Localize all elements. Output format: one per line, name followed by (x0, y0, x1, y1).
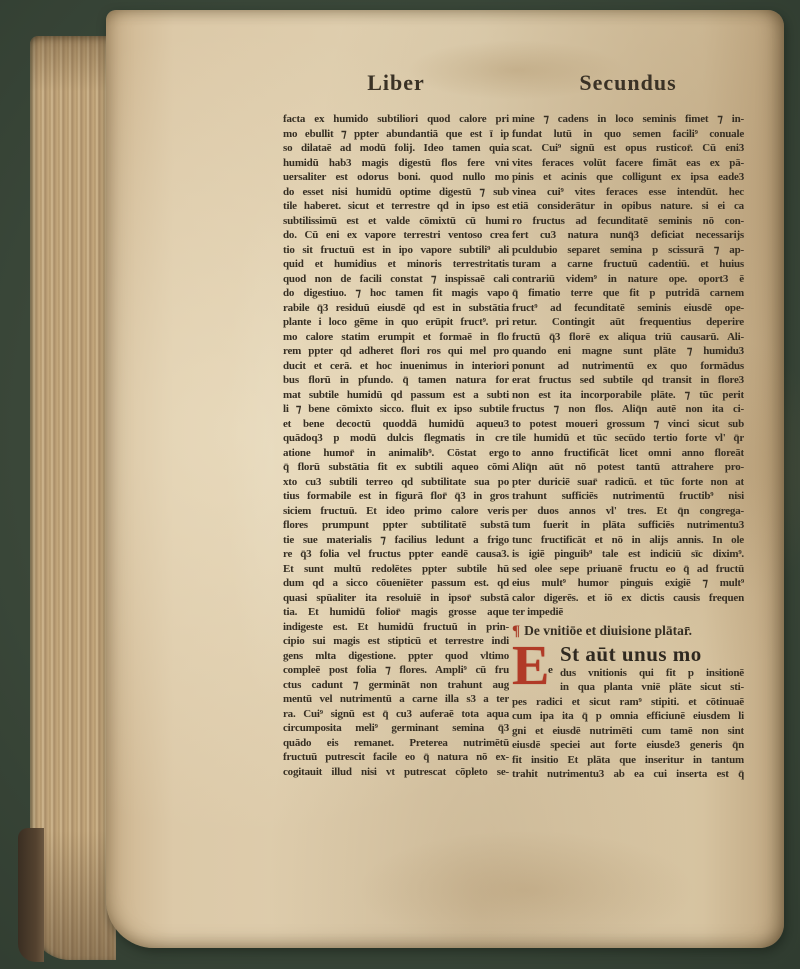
text-line: eiusdē speciei aut forte eiusde3 generis… (512, 738, 744, 753)
text-line: atione humor̄ in animalib⁹. Cōstat ergo (283, 446, 509, 461)
text-line: mentū vel nutrimentū a carne illa s3 a t… (283, 692, 509, 707)
text-line: subtilissimū est et valde cōmixtū cū hum… (283, 214, 509, 229)
initial-guide-letter: e (548, 664, 553, 676)
text-line: trahunt sufficiēs nutrimentū fructib⁹ ni… (512, 489, 744, 504)
text-line: rabile q̄3 residuū eiusdē qd est in subs… (283, 301, 509, 316)
text-line: tunc fructificāt et nō in alijs annis. I… (512, 533, 744, 548)
book-cover-edge (18, 828, 44, 962)
running-header-secundus: Secundus (512, 70, 744, 96)
text-line: fructū q̄3 florē ex aliqua triū causarū.… (512, 330, 744, 345)
text-line: trahit nutrimentu3 ab ea cui inserta est… (512, 767, 744, 782)
text-line: do. Cū eni ex vapore terrestri ventoso c… (283, 228, 509, 243)
text-line: quādo eis remanet. Preterea nutrimētū (283, 736, 509, 751)
rubric-text: De vnitiōe et diuisione plātar̄. (524, 623, 692, 638)
text-line: facta ex humido subtiliori quod calore p… (283, 112, 509, 127)
text-line: sed olee sepe priuanē fructu eo q̄ ad fr… (512, 562, 744, 577)
text-line: siciem fructuū. Et ideo primo calore ver… (283, 504, 509, 519)
text-line: dus vnitionis qui fit p insitionē (560, 666, 744, 681)
text-line: tum fuerit in plāta sufficiēs nutrimentu… (512, 518, 744, 533)
text-line: dum qd a sicco cōueniēter passum est. qd (283, 576, 509, 591)
text-line: ra. Cui⁹ signū est q̄ cu3 auferaē tota a… (283, 707, 509, 722)
text-line: fructus ⁊ non flos. Aliq̄n autē non ita … (512, 402, 744, 417)
text-line: mo ebullit ⁊ ppter abundantiā que est ī … (283, 127, 509, 142)
text-line: cogitauit illud nisi vt putrescat cōplet… (283, 765, 509, 780)
text-line: quādoq3 p modū dulcis flegmatis in cre (283, 431, 509, 446)
text-line: fundat lutū in quo semen facili⁹ conuale (512, 127, 744, 142)
text-line: mat subtile humidū qd passum est a subti (283, 388, 509, 403)
text-line: in qua planta vniē plāte sicut sti- (560, 680, 744, 695)
paper-stain (356, 830, 696, 950)
text-line: pinis et acinis que colligunt ex ipsa ea… (512, 170, 744, 185)
book-page-edges (30, 36, 116, 960)
text-line: tius formabile est in figurā flor̄ q̄3 i… (283, 489, 509, 504)
text-line: xto cu3 subtili terreo qd subtilitate su… (283, 475, 509, 490)
text-line: tie sue materialis ⁊ facilius ledunt a f… (283, 533, 509, 548)
text-line: pculdubio separet semina p scissurā ⁊ ap… (512, 243, 744, 258)
text-line: quod non de facili constat ⁊ inspissaē c… (283, 272, 509, 287)
text-line: uersaliter est odorus boni. quod nullo m… (283, 170, 509, 185)
text-line: plante i loco gēme in quo erūpit fruct⁹.… (283, 315, 509, 330)
text-line: gni et eiusdē nutrimēti cum tamē non sin… (512, 724, 744, 739)
text-line: fit insitio Et plāta que inseritur in ta… (512, 753, 744, 768)
text-line: indigeste est. Et humidū fructuū in prin… (283, 620, 509, 635)
text-line: flores prumpunt ppter subtilitatē substā (283, 518, 509, 533)
text-line: do esset nisi humidū optime digestū ⁊ su… (283, 185, 509, 200)
text-line: per duos annos vl' tres. Et q̄n congrega… (512, 504, 744, 519)
text-line: so dilataē ad modū folij. Ideo tamen qui… (283, 141, 509, 156)
text-line: fert cu3 natura nunq̄3 deficiat necessar… (512, 228, 744, 243)
lombard-initial-letter: E (512, 638, 549, 694)
chapter-start: E e St aūt unus mo dus vnitionis qui fit… (512, 642, 744, 782)
text-line: tile haberet. sicut et terrestre qd in i… (283, 199, 509, 214)
text-line: scat. Cui⁹ signū est opus rusticor̄. Cū … (512, 141, 744, 156)
text-line: humidū hab3 magis digestū flos fere vni (283, 156, 509, 171)
text-line: cipio sui magis est stipticū et terrestr… (283, 634, 509, 649)
text-line: do digestiuo. ⁊ hoc tamen fit magis vapo (283, 286, 509, 301)
text-column-right: mine ⁊ cadens in loco seminis fimet ⁊ in… (512, 112, 744, 782)
text-line: ter impediē (512, 605, 744, 620)
text-line: vinea cui⁹ vites feraces esse intendūt. … (512, 185, 744, 200)
text-line: gens mlta digestione. ppter quod vltimo (283, 649, 509, 664)
text-line: tio sit fructuū est in ipo vapore subtil… (283, 243, 509, 258)
text-line: q̄ fimatio terre que fit p putridā carne… (512, 286, 744, 301)
running-header-liber: Liber (283, 70, 509, 96)
chapter-opening-words: St aūt unus mo (560, 642, 744, 666)
text-line: fruct⁹ ad fecunditatē seminis eiusdē ope… (512, 301, 744, 316)
text-line: eius mult⁹ humor pinguis exigiē ⁊ mult⁹ (512, 576, 744, 591)
text-line: is igiē pinguib⁹ tale est indiciū sīc di… (512, 547, 744, 562)
text-line: quasi spūaliter ita resoluiē in ipsor̄ s… (283, 591, 509, 606)
text-line: ponunt ad nutrimentū ex quo formādus (512, 359, 744, 374)
text-line: retur. Contingit aūt frequentius deperir… (512, 315, 744, 330)
text-line: pes radici et sicut ram⁹ stipiti. et cōt… (512, 695, 744, 710)
text-line: calor digerēs. et iō ex dictis causis fr… (512, 591, 744, 606)
book-photograph: Liber Secundus facta ex humido subtilior… (0, 0, 800, 969)
text-line: mine ⁊ cadens in loco seminis fimet ⁊ in… (512, 112, 744, 127)
text-line: cum ipa ita q̄ p omnia efficiunē eiusdem… (512, 709, 744, 724)
text-line: mo calore statim erumpit et formaē in fl… (283, 330, 509, 345)
text-line: quid et humidius et minoris terrestritat… (283, 257, 509, 272)
text-line: circumposita meli⁹ germinant semina q̄3 (283, 721, 509, 736)
text-line: to potest moueri grossum ⁊ vinci sicut s… (512, 417, 744, 432)
text-line: tia. Et humidū folior̄ magis grosse aque (283, 605, 509, 620)
left-column-lines: facta ex humido subtiliori quod calore p… (283, 112, 509, 779)
text-line: Et sunt multū redolētes ppter subtile hū (283, 562, 509, 577)
text-line: contrariū videm⁹ in nature ope. oport3 ē (512, 272, 744, 287)
text-line: compleē post folia ⁊ flores. Ampli⁹ cū f… (283, 663, 509, 678)
text-line: erat fructus sed subtile qd transit in f… (512, 373, 744, 388)
text-line: ctus cadunt ⁊ germināt non trahunt aug (283, 678, 509, 693)
text-line: rem ppter qd adheret flori ros qui mel p… (283, 344, 509, 359)
text-line: q̄ florū substātia fit ex subtili aqueo … (283, 460, 509, 475)
text-line: re q̄3 folia vel fructus ppter eandē cau… (283, 547, 509, 562)
text-line: vites feraces volūt facere fimāt eas ex … (512, 156, 744, 171)
text-line: ro fructus ad fecunditatē seminis nō con… (512, 214, 744, 229)
text-line: Aliq̄n aūt nō potest tantū attrahere pro… (512, 460, 744, 475)
chapter-lines: pes radici et sicut ram⁹ stipiti. et cōt… (512, 695, 744, 782)
text-line: turam a carne fructuū cadentiū. et huius (512, 257, 744, 272)
text-line: et bene decoctū quoddā humidū aqueu3 (283, 417, 509, 432)
text-line: pter duriciē suar̄ radicū. et tūc forte … (512, 475, 744, 490)
text-line: quando eni magne sunt plāte ⁊ humidu3 (512, 344, 744, 359)
chapter-initial: E e (512, 642, 560, 695)
text-line: etiā considerātur in opibus nature. si e… (512, 199, 744, 214)
text-line: to anno fructificāt licet omni anno flor… (512, 446, 744, 461)
text-line: ducit et cerā. et hoc inuenimus in inter… (283, 359, 509, 374)
text-column-left: facta ex humido subtiliori quod calore p… (283, 112, 509, 779)
text-line: tile humidū et tūc secūdo tertio forte v… (512, 431, 744, 446)
text-line: bus florū in pfundo. q̄ tamen natura for (283, 373, 509, 388)
right-column-lines: mine ⁊ cadens in loco seminis fimet ⁊ in… (512, 112, 744, 620)
text-line: li ⁊ bene cōmixto sicco. fluit ex ipso s… (283, 402, 509, 417)
text-line: non est ita incorporabile plāte. ⁊ tūc p… (512, 388, 744, 403)
text-line: fructuū putrescit facile eo q̄ natura nō… (283, 750, 509, 765)
